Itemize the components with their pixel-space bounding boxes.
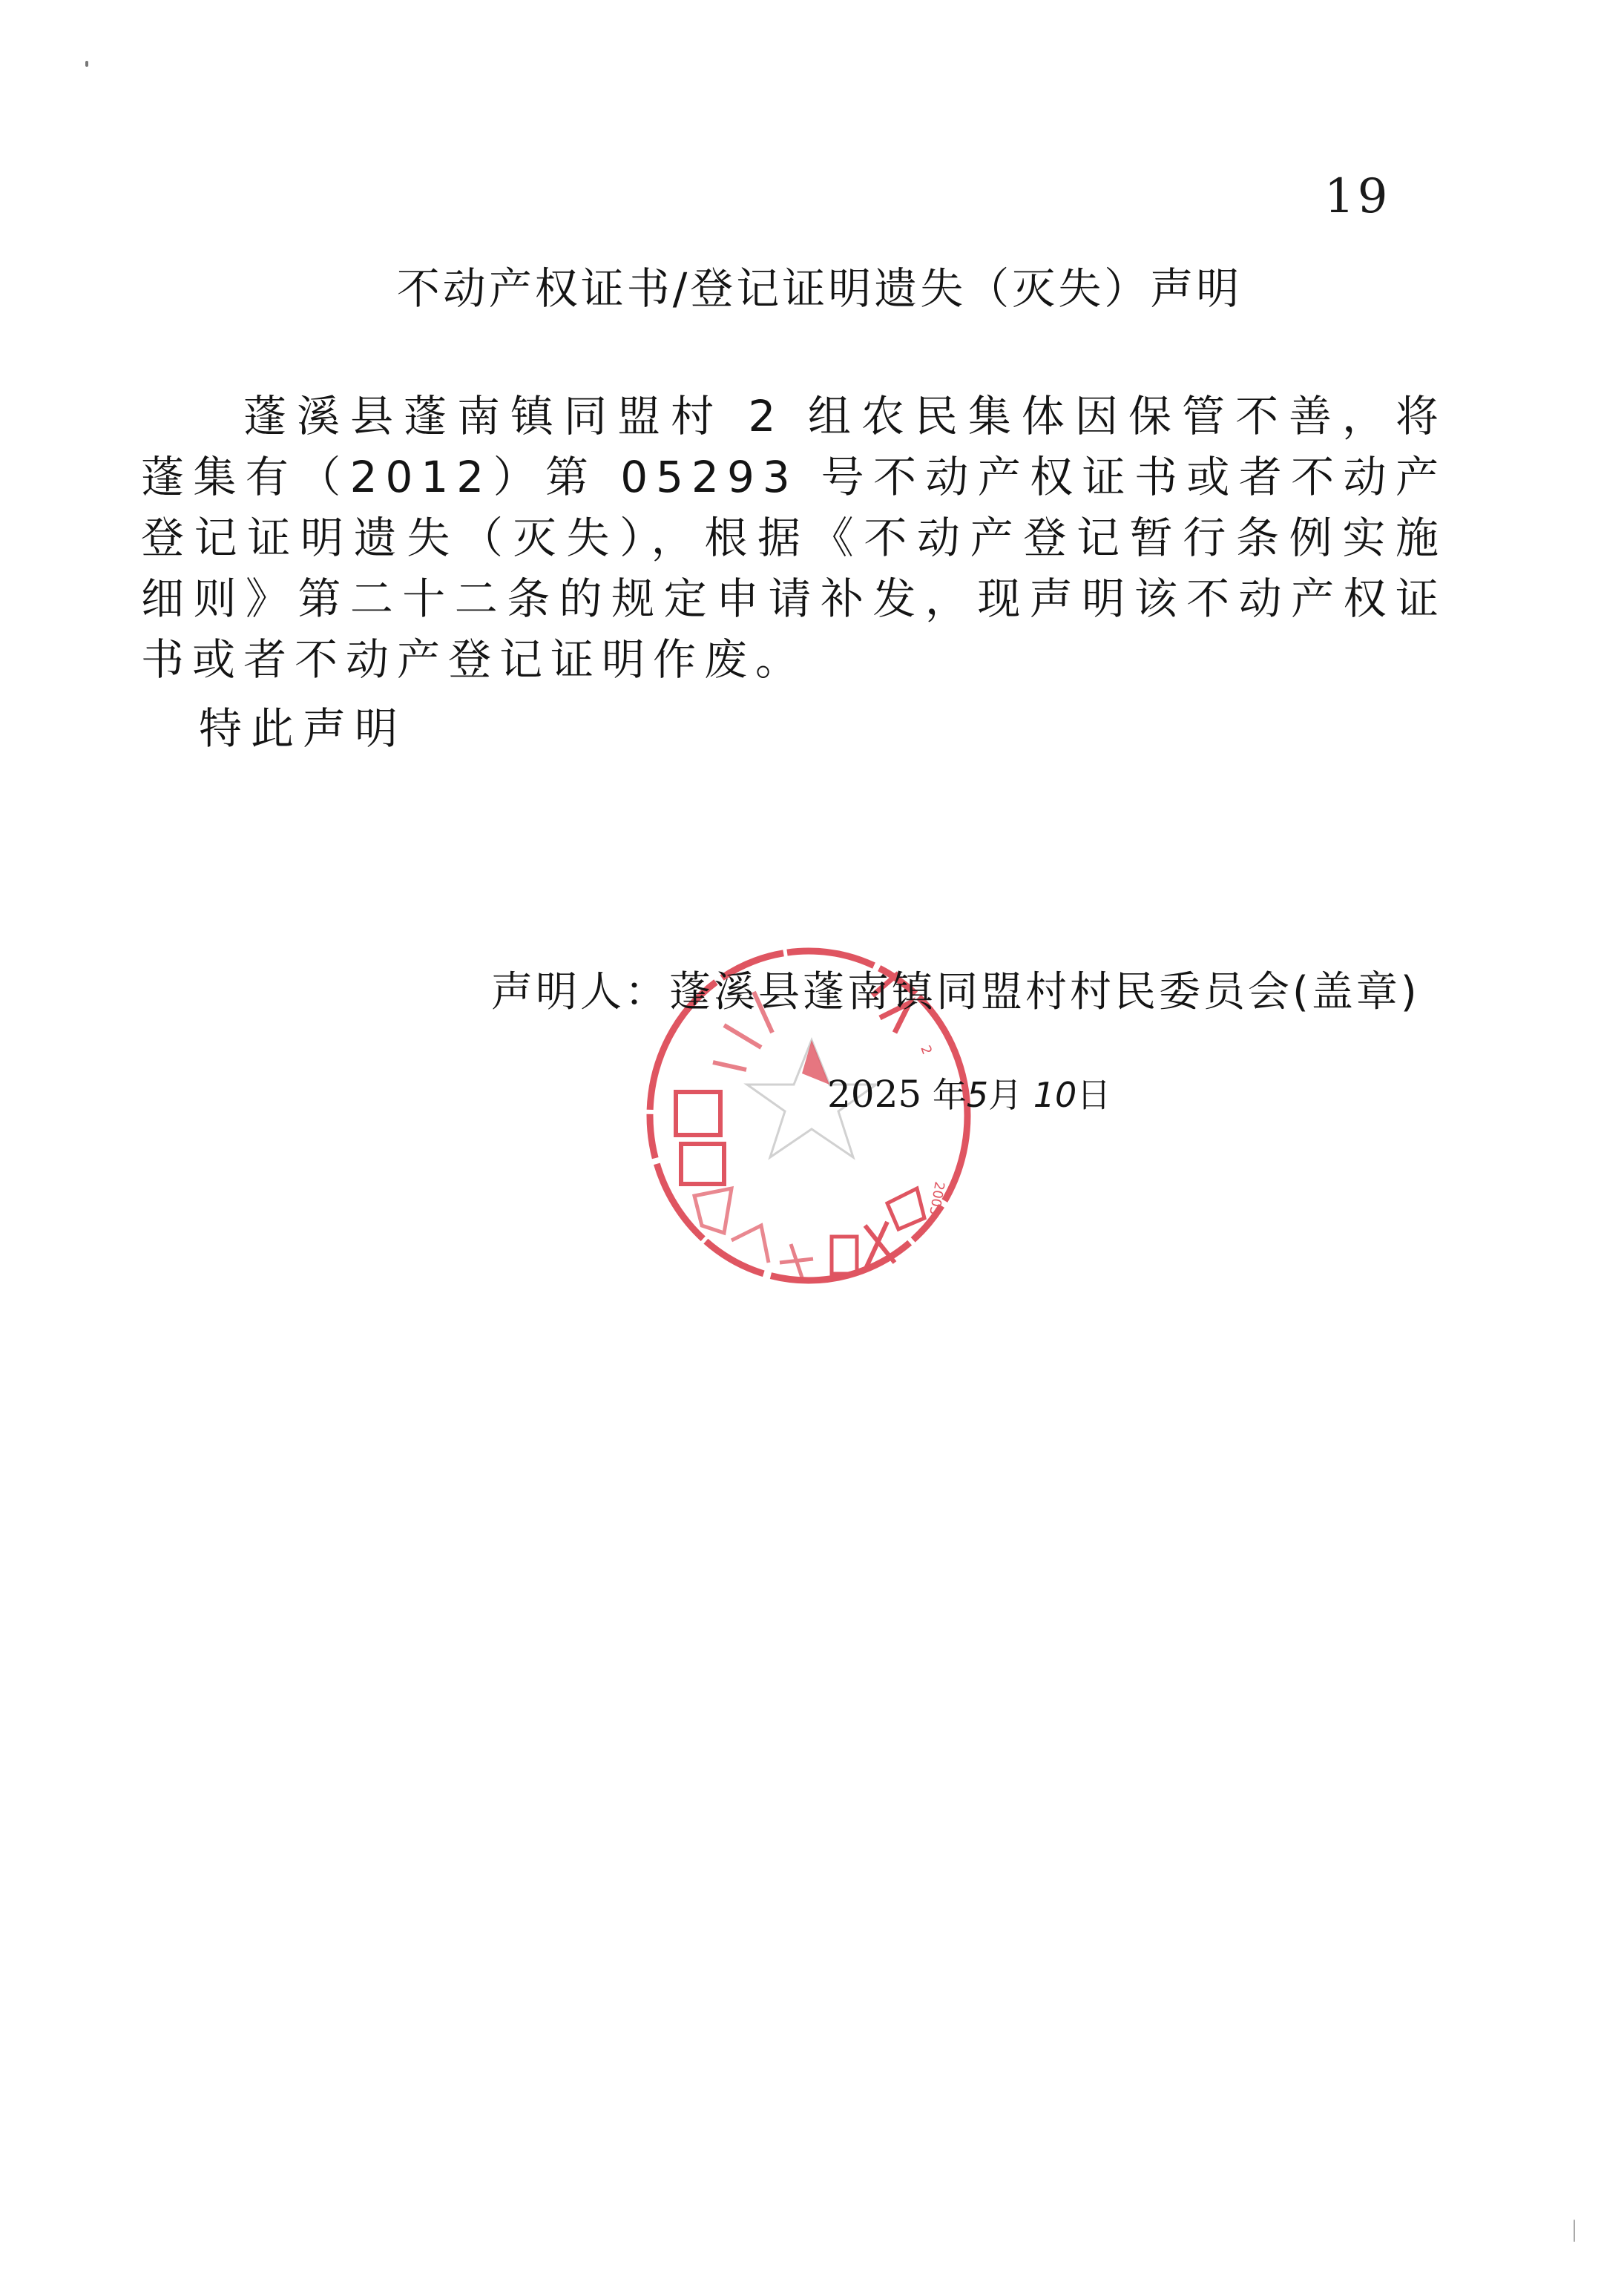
document-title: 不动产权证书/登记证明遗失（灭失）声明 — [0, 254, 1624, 316]
declarant-signature: 声明人：蓬溪县蓬南镇同盟村村民委员会(盖章) — [491, 959, 1420, 1019]
closing-phrase: 特此声明 — [199, 694, 407, 756]
date-year: 2025 — [827, 1073, 921, 1116]
svg-text:2005: 2005 — [926, 1180, 947, 1217]
declarant-name: 蓬溪县蓬南镇同盟村村民委员会(盖章) — [669, 968, 1420, 1016]
declarant-label: 声明人： — [491, 968, 669, 1016]
page-number: 19 — [1324, 169, 1390, 224]
scan-speck — [85, 61, 88, 67]
date-day-suffix: 日 — [1076, 1075, 1111, 1115]
scan-speck — [1574, 2220, 1575, 2242]
svg-text:2: 2 — [917, 1044, 935, 1057]
document-page: 19 不动产权证书/登记证明遗失（灭失）声明 蓬溪县蓬南镇同盟村 2 组农民集体… — [0, 0, 1624, 2296]
date-month-handwritten: 5 — [967, 1075, 988, 1115]
declaration-body: 蓬溪县蓬南镇同盟村 2 组农民集体因保管不善，将蓬集有（2012）第 05293… — [141, 386, 1447, 690]
date-month-suffix: 月 — [988, 1075, 1033, 1115]
date-day-handwritten: 10 — [1033, 1075, 1077, 1115]
date-year-suffix: 年 — [921, 1075, 967, 1115]
declaration-date: 2025 年5月 10日 — [827, 1068, 1111, 1117]
